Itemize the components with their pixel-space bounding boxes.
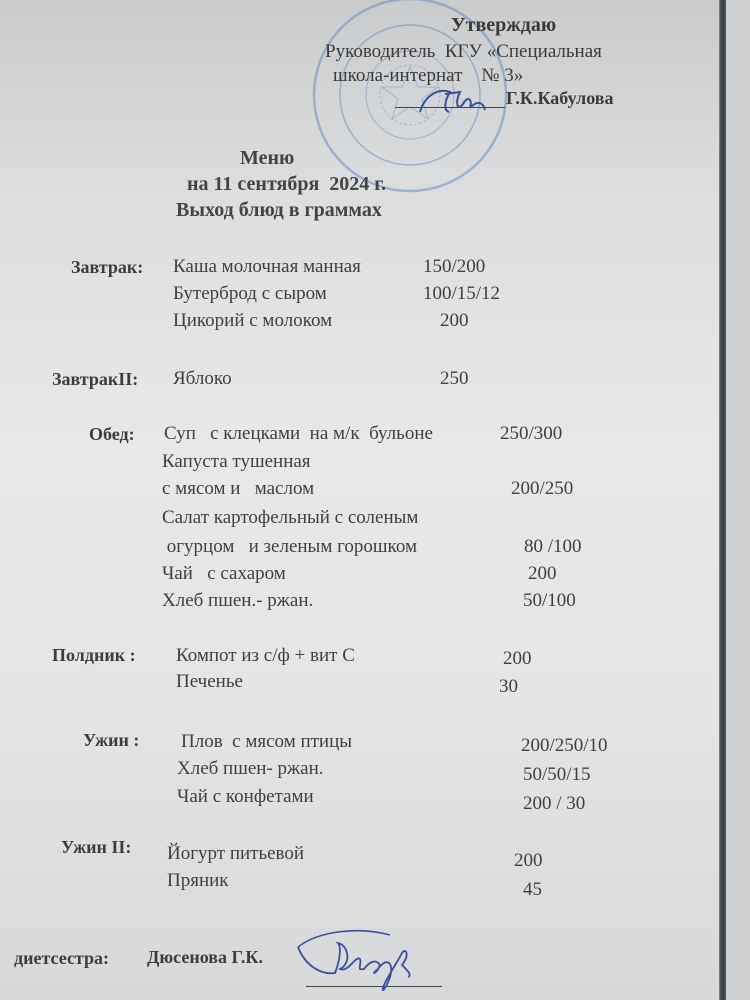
document-edge: [719, 0, 726, 1000]
menu-item-name: Каша молочная манная: [173, 256, 361, 278]
background-surface: [726, 0, 750, 1000]
approval-heading: Утверждаю: [451, 14, 556, 37]
menu-item-portion: 200: [440, 310, 469, 332]
menu-item-name: с мясом и маслом: [162, 478, 314, 500]
menu-item-portion: 80 /100: [524, 536, 582, 558]
menu-item-name: Бутерброд с сыром: [173, 283, 327, 305]
menu-item-name: Салат картофельный с соленым: [162, 507, 418, 529]
meal-label-afternoon-snack: Полдник :: [52, 645, 136, 666]
menu-item-portion: 200 / 30: [523, 793, 585, 815]
menu-item-portion: 250/300: [500, 423, 562, 445]
menu-item-name: Хлеб пшен.- ржан.: [162, 590, 313, 612]
menu-item-portion: 200: [528, 563, 557, 585]
menu-item-name: огурцом и зеленым горошком: [162, 536, 417, 558]
menu-item-portion: 200: [503, 648, 532, 670]
approval-position: Руководитель КГУ «Специальная: [325, 41, 602, 63]
menu-item-name: Плов с мясом птицы: [181, 731, 352, 753]
menu-item-name: Компот из с/ф + вит С: [176, 645, 355, 667]
meal-label-breakfast-2: ЗавтракII:: [52, 369, 138, 390]
menu-item-name: Яблоко: [173, 368, 232, 390]
menu-item-name: Чай с сахаром: [162, 563, 286, 585]
menu-item-portion: 200: [514, 850, 543, 872]
menu-item-name: Чай с конфетами: [177, 786, 314, 808]
menu-item-name: Йогурт питьевой: [167, 843, 304, 865]
menu-item-portion: 200/250: [511, 478, 573, 500]
menu-document: Утверждаю Руководитель КГУ «Специальная …: [0, 0, 750, 1000]
menu-item-name: Пряник: [167, 870, 229, 892]
menu-item-name: Суп с клецками на м/к бульоне: [164, 423, 433, 445]
menu-item-portion: 50/50/15: [523, 764, 591, 786]
menu-item-portion: 250: [440, 368, 469, 390]
menu-item-name: Капуста тушенная: [162, 451, 311, 473]
menu-item-portion: 100/15/12: [423, 283, 500, 305]
approval-signer-name: Г.К.Кабулова: [506, 88, 614, 109]
approval-signature-icon: [415, 82, 495, 122]
menu-title: Меню: [240, 147, 294, 170]
footer-name: Дюсенова Г.К.: [147, 947, 263, 968]
menu-item-portion: 45: [523, 879, 542, 901]
menu-date: на 11 сентября 2024 г.: [187, 173, 386, 196]
menu-item-portion: 30: [499, 676, 518, 698]
meal-label-dinner-2: Ужин II:: [61, 837, 131, 858]
menu-item-name: Печенье: [176, 671, 243, 693]
menu-item-portion: 50/100: [523, 590, 576, 612]
meal-label-lunch: Обед:: [89, 424, 135, 445]
menu-item-name: Хлеб пшен- ржан.: [177, 758, 324, 780]
footer-signature-icon: [290, 925, 440, 997]
menu-item-portion: 200/250/10: [521, 735, 608, 757]
footer-role: диетсестра:: [14, 948, 109, 969]
menu-subtitle: Выход блюд в граммах: [176, 199, 382, 222]
menu-item-portion: 150/200: [423, 256, 485, 278]
meal-label-dinner: Ужин :: [83, 730, 139, 751]
menu-item-name: Цикорий с молоком: [173, 310, 332, 332]
meal-label-breakfast: Завтрак:: [71, 257, 143, 278]
